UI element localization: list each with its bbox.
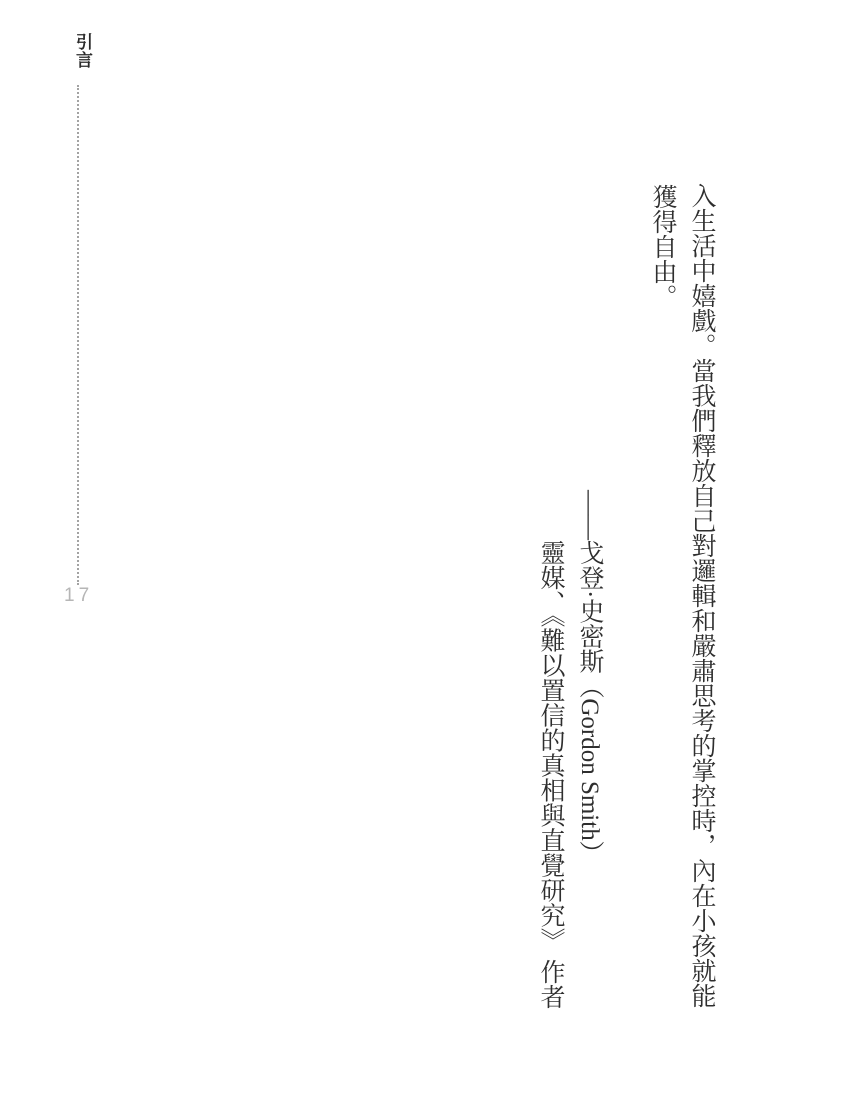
quote-line-2: 獲得自由。 <box>648 184 676 309</box>
attribution-author: ——戈登·史密斯（Gordon Smith） <box>575 490 603 866</box>
book-page: 引言 17 入生活中嬉戲。當我們釋放自己對邏輯和嚴肅思考的掌控時，內在小孩就能 … <box>0 0 846 1099</box>
header-dotted-rule <box>77 85 79 585</box>
chapter-title: 引言 <box>70 33 95 69</box>
quote-line-1: 入生活中嬉戲。當我們釋放自己對邏輯和嚴肅思考的掌控時，內在小孩就能 <box>687 183 715 1008</box>
attribution-credit: 靈媒、《難以置信的真相與直覺研究》 作者 <box>536 540 564 1009</box>
page-number: 17 <box>64 585 93 607</box>
